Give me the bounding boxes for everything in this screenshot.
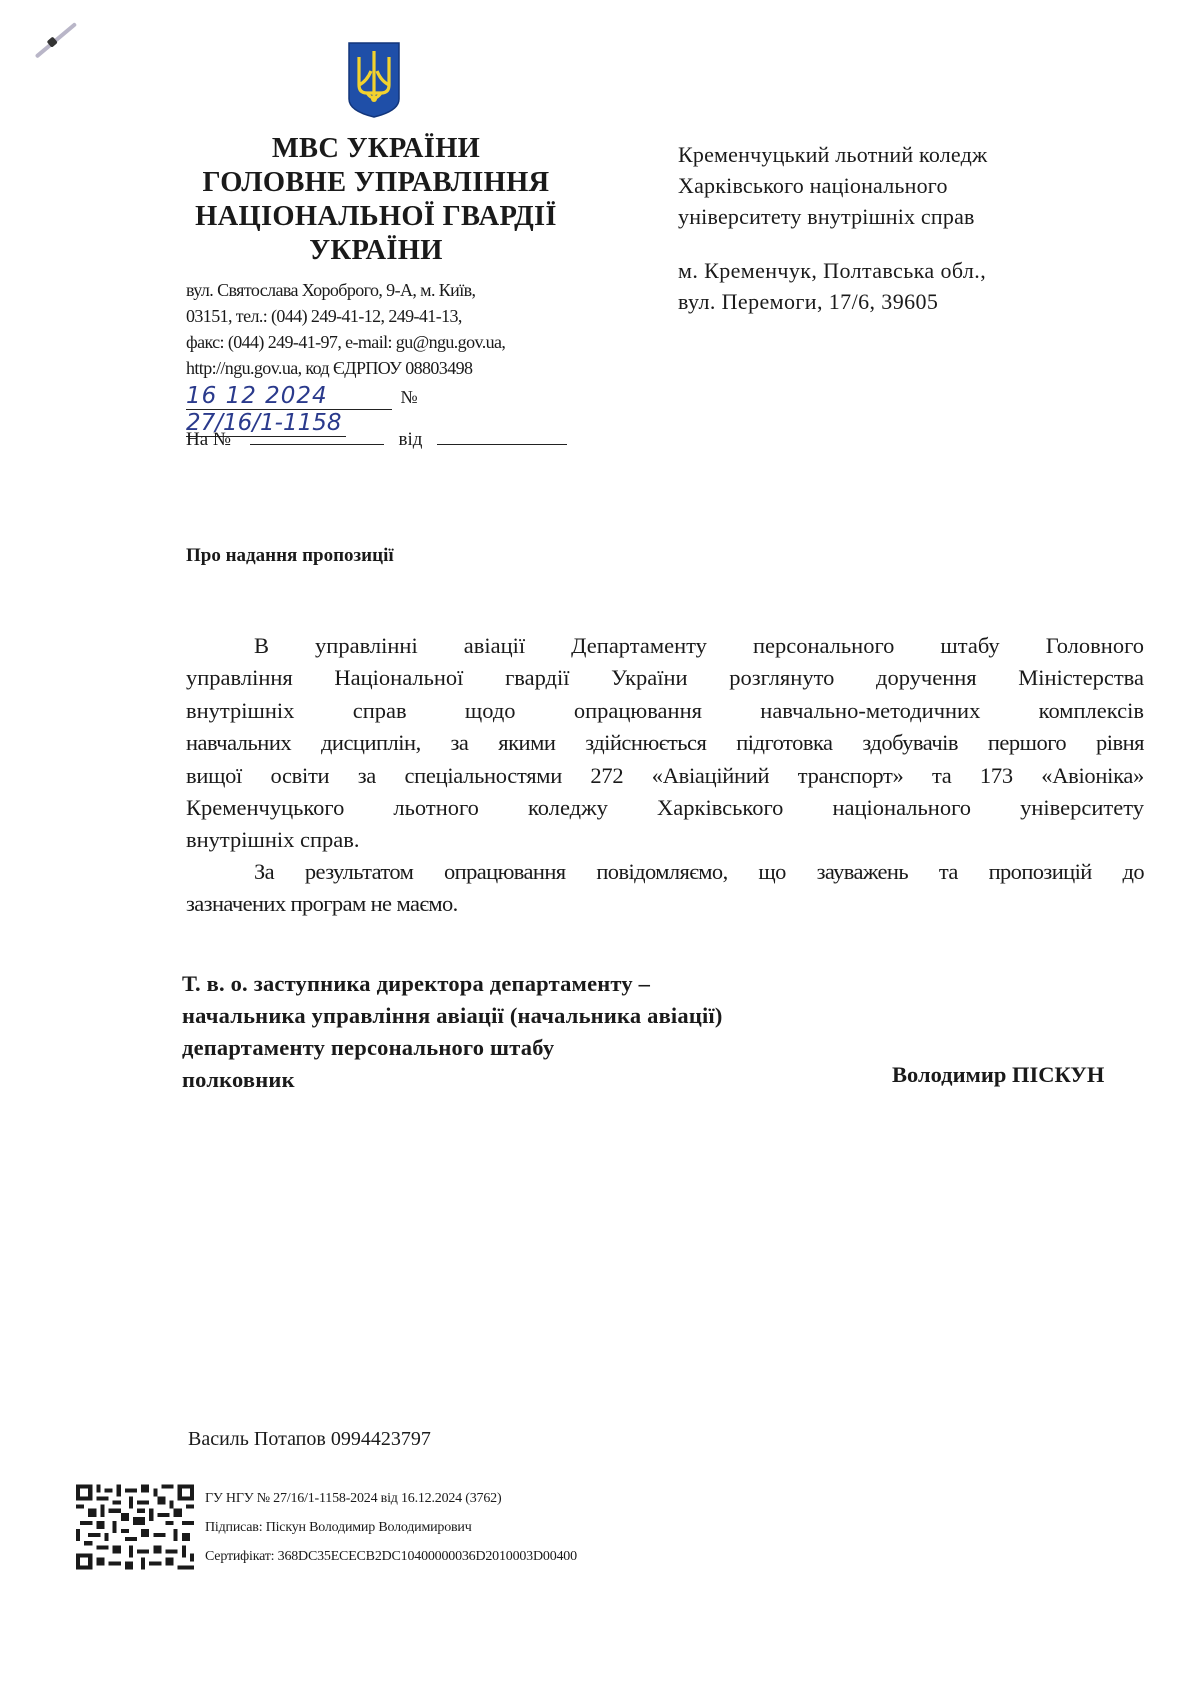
signatory-title-line: департаменту персонального штабу [182,1032,723,1064]
body-line: зазначених програм не маємо. [186,888,1144,920]
body-line: внутрішніх справ. [186,824,1144,856]
electronic-signature-info: ГУ НГУ № 27/16/1-1158-2024 від 16.12.202… [205,1484,577,1571]
executor-contact: Василь Потапов 0994423797 [188,1428,431,1451]
pen-mark [35,22,77,58]
reply-from-label: від [399,429,423,450]
outgoing-date-field: 16 12 2024 [186,383,392,410]
reply-to-label: На № [186,429,231,450]
recipient-address-line: м. Кременчук, Полтавська обл., [678,255,1148,286]
signatory-name: Володимир ПІСКУН [892,1062,1104,1088]
address-line: http://ngu.gov.ua, код ЄДРПОУ 08803498 [186,355,586,381]
address-line: вул. Святослава Хороброго, 9-А, м. Київ, [186,277,586,303]
sender-organization: МВС УКРАЇНИ ГОЛОВНЕ УПРАВЛІННЯ НАЦІОНАЛЬ… [160,132,592,268]
recipient-line: Харківського національного [678,170,1148,201]
body-line: внутрішніх справ щодо опрацювання навчал… [186,695,1144,727]
recipient-line: університету внутрішніх справ [678,201,1148,232]
qr-code-icon [76,1484,194,1570]
outgoing-reference: 16 12 2024 № 27/16/1-1158 [186,383,576,415]
reply-reference: На № від [186,426,567,451]
org-line: ГОЛОВНЕ УПРАВЛІННЯ [160,166,592,200]
org-line: МВС УКРАЇНИ [160,132,592,166]
recipient-address: м. Кременчук, Полтавська обл., вул. Пере… [678,255,1148,317]
esign-document-line: ГУ НГУ № 27/16/1-1158-2024 від 16.12.202… [205,1484,577,1513]
subject: Про надання пропозиції [186,545,394,567]
body-paragraph-2: За результатом опрацювання повідомляємо,… [186,856,1144,921]
body-line: В управлінні авіації Департаменту персон… [186,630,1144,662]
body-line: управління Національної гвардії України … [186,662,1144,694]
signatory-title-line: Т. в. о. заступника директора департамен… [182,968,723,1000]
coat-of-arms-icon [347,41,401,119]
body-paragraph-1: В управлінні авіації Департаменту персон… [186,630,1144,857]
esign-signer-line: Підписав: Піскун Володимир Володимирович [205,1513,577,1542]
body-line: Кременчуцького льотного коледжу Харківсь… [186,792,1144,824]
org-line: УКРАЇНИ [160,234,592,268]
reply-from-field [437,426,567,445]
body-line: За результатом опрацювання повідомляємо,… [186,856,1144,888]
recipient-name: Кременчуцький льотний коледж Харківськог… [678,139,1148,232]
body-line: вищої освіти за спеціальностями 272 «Аві… [186,760,1144,792]
recipient-line: Кременчуцький льотний коледж [678,139,1148,170]
signatory-title: Т. в. о. заступника директора департамен… [182,968,723,1096]
number-sign: № [401,387,418,407]
sender-address: вул. Святослава Хороброго, 9-А, м. Київ,… [186,277,586,381]
esign-certificate-line: Сертифікат: 368DC35ECECB2DC10400000036D2… [205,1542,577,1571]
recipient-address-line: вул. Перемоги, 17/6, 39605 [678,286,1148,317]
reply-to-field [250,426,384,445]
body-line: навчальних дисциплін, за якими здійснюєт… [186,727,1144,759]
address-line: факс: (044) 249-41-97, e-mail: gu@ngu.go… [186,329,586,355]
address-line: 03151, тел.: (044) 249-41-12, 249-41-13, [186,303,586,329]
signatory-title-line: начальника управління авіації (начальник… [182,1000,723,1032]
org-line: НАЦІОНАЛЬНОЇ ГВАРДІЇ [160,200,592,234]
outgoing-date: 16 12 2024 [186,383,328,409]
signatory-title-line: полковник [182,1064,723,1096]
